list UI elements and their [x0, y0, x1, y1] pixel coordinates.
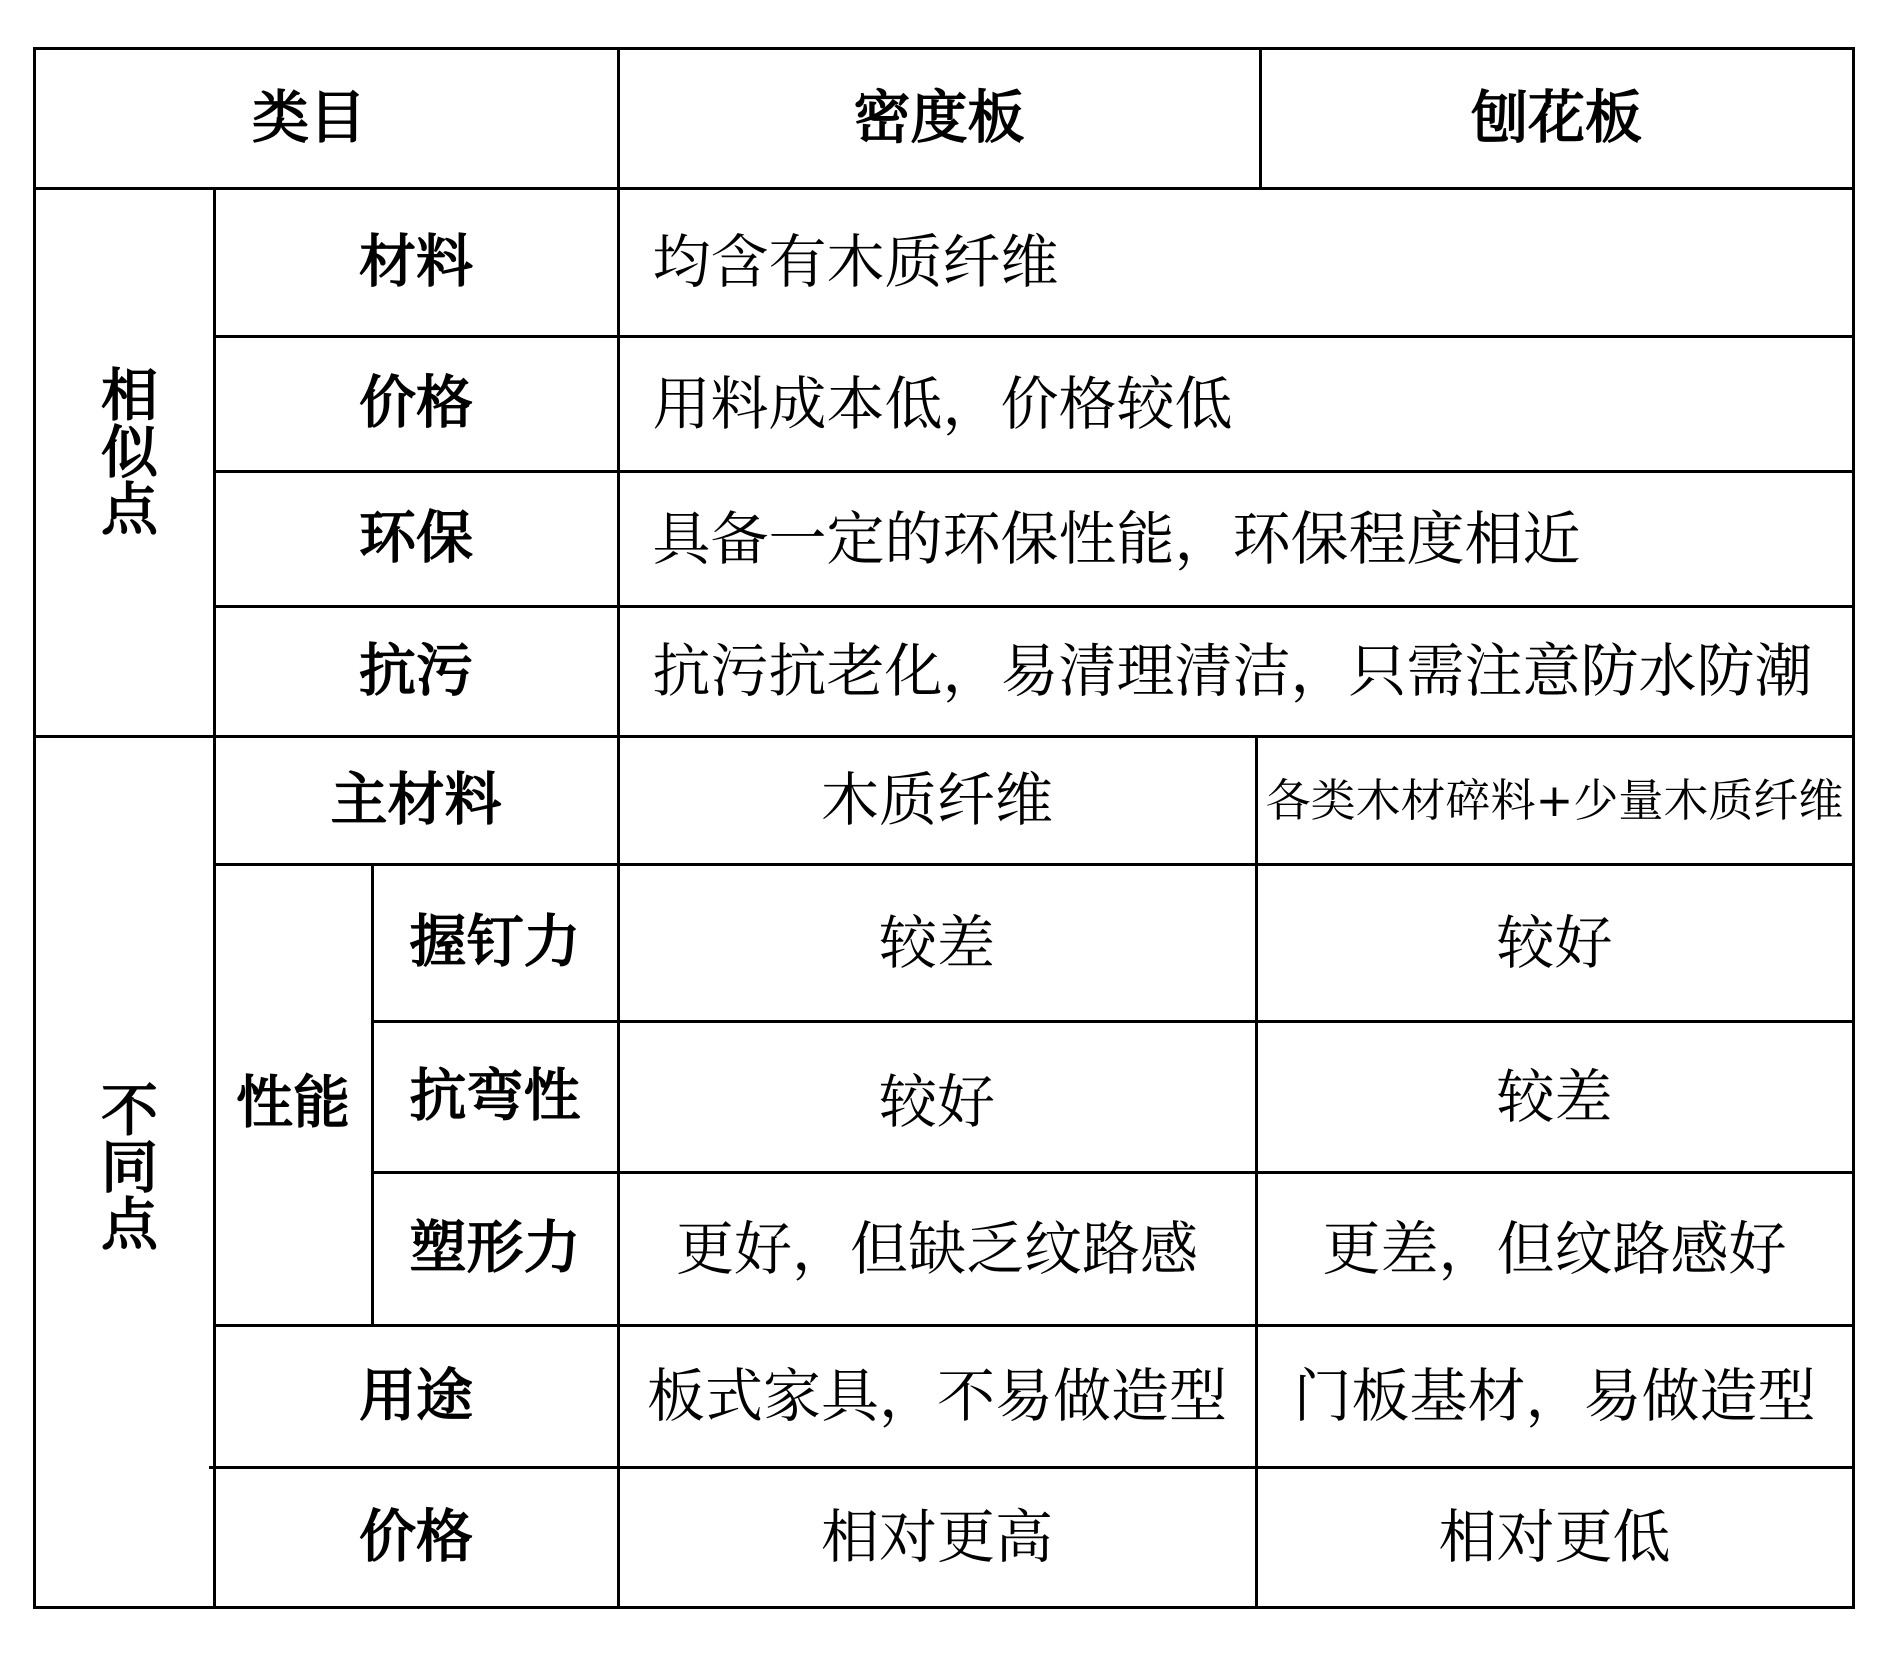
mdf-value: 木质纤维 — [821, 771, 1053, 829]
price-label-cell: 价格 — [213, 1466, 620, 1609]
similar-row-value-stain: 抗污抗老化，易清理清洁，只需注意防水防潮 — [617, 605, 1855, 738]
row-value: 用料成本低，价格较低 — [653, 375, 1233, 433]
row-label: 用途 — [359, 1368, 473, 1425]
usage-particleboard-cell: 门板基材，易做造型 — [1255, 1324, 1855, 1469]
header-mdf-label: 密度板 — [854, 90, 1025, 147]
group-different-cell: 不同点 — [33, 735, 216, 1609]
header-mdf-cell: 密度板 — [617, 47, 1262, 190]
row-label: 抗弯性 — [410, 1068, 581, 1125]
perf-row-mdf-shaping: 更好，但缺乏纹路感 — [617, 1171, 1258, 1327]
usage-mdf-cell: 板式家具，不易做造型 — [617, 1324, 1258, 1469]
usage-label-cell: 用途 — [213, 1324, 620, 1469]
similar-row-label-stain: 抗污 — [213, 605, 620, 738]
similar-row-label-material: 材料 — [213, 187, 620, 338]
group-similar-cell: 相似点 — [33, 187, 216, 738]
row-label: 价格 — [359, 375, 473, 432]
particleboard-value: 较好 — [1496, 914, 1612, 972]
similar-row-value-eco: 具备一定的环保性能，环保程度相近 — [617, 470, 1855, 608]
particleboard-value: 各类木材碎料+少量木质纤维 — [1266, 778, 1844, 823]
row-label: 价格 — [359, 1509, 473, 1566]
mdf-value: 相对更高 — [821, 1508, 1053, 1566]
similar-row-label-price: 价格 — [213, 335, 620, 473]
particleboard-value: 更差，但纹路感好 — [1322, 1220, 1786, 1278]
mdf-value: 较差 — [879, 914, 995, 972]
comparison-table: 类目 密度板 刨花板 相似点 材料 均含有木质纤维 价格 用料成本低，价格较低 … — [0, 0, 1890, 1654]
row-label: 材料 — [359, 234, 473, 291]
similar-row-value-price: 用料成本低，价格较低 — [617, 335, 1855, 473]
particleboard-value: 门板基材，易做造型 — [1293, 1367, 1815, 1425]
main-material-mdf-cell: 木质纤维 — [617, 735, 1258, 866]
mdf-value: 板式家具，不易做造型 — [647, 1367, 1227, 1425]
row-label: 环保 — [359, 510, 473, 567]
row-label: 塑形力 — [410, 1220, 581, 1277]
perf-row-label-bending: 抗弯性 — [371, 1020, 620, 1174]
perf-row-label-nail-holding: 握钉力 — [371, 863, 620, 1023]
group-different-label: 不同点 — [96, 1080, 153, 1251]
header-particleboard-label: 刨花板 — [1471, 90, 1642, 147]
mdf-value: 更好，但缺乏纹路感 — [676, 1220, 1198, 1278]
row-label: 主材料 — [331, 772, 502, 829]
main-material-particleboard-cell: 各类木材碎料+少量木质纤维 — [1255, 735, 1855, 866]
row-value: 均含有木质纤维 — [653, 233, 1059, 291]
perf-row-mdf-nail-holding: 较差 — [617, 863, 1258, 1023]
header-category-cell: 类目 — [33, 47, 620, 190]
particleboard-value: 相对更低 — [1438, 1508, 1670, 1566]
row-label: 抗污 — [359, 643, 473, 700]
perf-row-particleboard-bending: 较差 — [1255, 1020, 1855, 1174]
row-value: 具备一定的环保性能，环保程度相近 — [653, 510, 1581, 568]
price-particleboard-cell: 相对更低 — [1255, 1466, 1855, 1609]
main-material-label-cell: 主材料 — [213, 735, 620, 866]
header-particleboard-cell: 刨花板 — [1259, 47, 1855, 190]
row-value: 抗污抗老化，易清理清洁，只需注意防水防潮 — [653, 642, 1813, 700]
similar-row-label-eco: 环保 — [213, 470, 620, 608]
performance-label: 性能 — [236, 1075, 350, 1132]
group-similar-label: 相似点 — [96, 365, 153, 536]
border-line-overshoot — [209, 1466, 214, 1469]
perf-row-label-shaping: 塑形力 — [371, 1171, 620, 1327]
performance-group-cell: 性能 — [213, 863, 374, 1327]
row-label: 握钉力 — [410, 914, 581, 971]
particleboard-value: 较差 — [1496, 1068, 1612, 1126]
header-category-label: 类目 — [252, 90, 366, 147]
price-mdf-cell: 相对更高 — [617, 1466, 1258, 1609]
perf-row-particleboard-nail-holding: 较好 — [1255, 863, 1855, 1023]
perf-row-mdf-bending: 较好 — [617, 1020, 1258, 1174]
perf-row-particleboard-shaping: 更差，但纹路感好 — [1255, 1171, 1855, 1327]
similar-row-value-material: 均含有木质纤维 — [617, 187, 1855, 338]
mdf-value: 较好 — [879, 1073, 995, 1131]
